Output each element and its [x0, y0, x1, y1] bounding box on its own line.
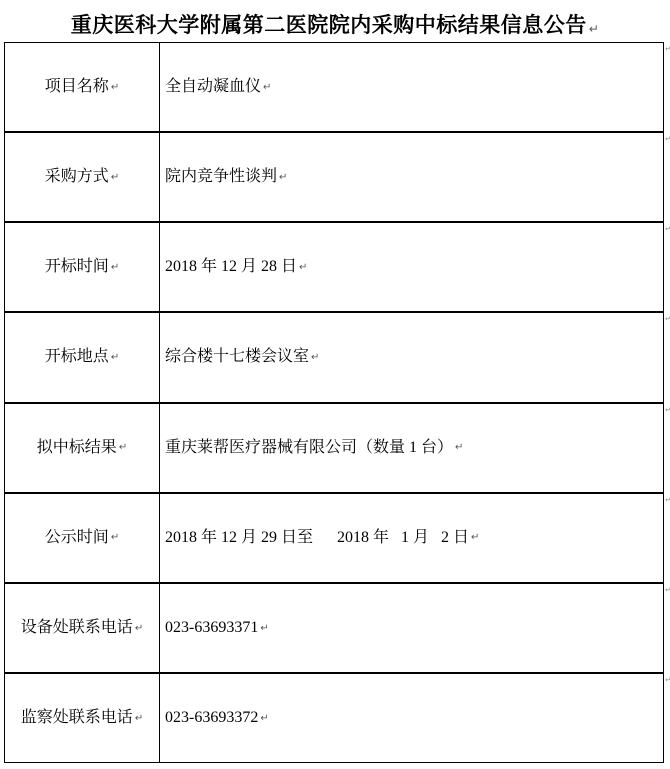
row-value-text: 023-63693371 [165, 618, 258, 638]
row-label-cell: 项目名称↵ [5, 43, 160, 131]
row-label-text: 监察处联系电话 [21, 708, 133, 728]
row-label-cell: 开标地点↵ [5, 313, 160, 401]
paragraph-mark-icon: ↵ [111, 82, 119, 95]
row-label-text: 公示时间 [45, 528, 109, 548]
paragraph-mark-icon: ↵ [135, 623, 143, 636]
row-value-text: 2018 年 12 月 28 日 [165, 257, 297, 277]
paragraph-mark-icon: ↵ [471, 532, 479, 545]
row-end-mark-icon: ↵ [665, 316, 670, 323]
paragraph-mark-icon: ↵ [455, 442, 463, 455]
paragraph-mark-icon: ↵ [111, 532, 119, 545]
page-title-text: 重庆医科大学附属第二医院院内采购中标结果信息公告 [71, 13, 587, 37]
row-value-cell: 重庆莱帮医疗器械有限公司（数量 1 台）↵ [160, 404, 663, 492]
row-end-mark-icon: ↵ [665, 497, 670, 504]
row-end-mark-icon: ↵ [665, 136, 670, 143]
paragraph-mark-icon: ↵ [589, 22, 600, 36]
row-label-text: 设备处联系电话 [21, 618, 133, 638]
row-value-cell: 2018 年 12 月 29 日至 2018 年 1 月 2 日↵ [160, 494, 663, 582]
table-row: 开标时间↵ 2018 年 12 月 28 日↵ ↵ [5, 223, 663, 313]
table-row: 公示时间↵ 2018 年 12 月 29 日至 2018 年 1 月 2 日↵ … [5, 494, 663, 584]
row-value-cell: 2018 年 12 月 28 日↵ [160, 223, 663, 311]
row-end-mark-icon: ↵ [665, 226, 670, 233]
row-end-mark-icon: ↵ [665, 46, 670, 53]
row-value-cell: 院内竞争性谈判↵ [160, 133, 663, 221]
row-label-cell: 采购方式↵ [5, 133, 160, 221]
table-row: 拟中标结果↵ 重庆莱帮医疗器械有限公司（数量 1 台）↵ ↵ [5, 404, 663, 494]
row-value-cell: 全自动凝血仪↵ [160, 43, 663, 131]
row-value-cell: 023-63693372↵ [160, 674, 663, 762]
row-value-text: 全自动凝血仪 [165, 77, 261, 97]
row-end-mark-icon: ↵ [665, 587, 670, 594]
paragraph-mark-icon: ↵ [111, 172, 119, 185]
row-value-text: 023-63693372 [165, 708, 258, 728]
page-title: 重庆医科大学附属第二医院院内采购中标结果信息公告↵ [0, 9, 670, 39]
table-row: 采购方式↵ 院内竞争性谈判↵ ↵ [5, 133, 663, 223]
paragraph-mark-icon: ↵ [260, 713, 268, 726]
procurement-results-table: 项目名称↵ 全自动凝血仪↵ ↵ 采购方式↵ 院内竞争性谈判↵ ↵ 开标时间↵ 2… [4, 42, 664, 763]
row-label-cell: 开标时间↵ [5, 223, 160, 311]
paragraph-mark-icon: ↵ [279, 172, 287, 185]
row-label-cell: 设备处联系电话↵ [5, 584, 160, 672]
row-label-text: 项目名称 [45, 77, 109, 97]
row-label-text: 开标地点 [45, 347, 109, 367]
row-value-cell: 023-63693371↵ [160, 584, 663, 672]
row-label-text: 拟中标结果 [37, 438, 117, 458]
row-value-text: 2018 年 12 月 29 日至 2018 年 1 月 2 日 [165, 528, 469, 548]
row-label-cell: 拟中标结果↵ [5, 404, 160, 492]
row-value-text: 重庆莱帮医疗器械有限公司（数量 1 台） [165, 438, 453, 458]
row-end-mark-icon: ↵ [665, 407, 670, 414]
row-label-cell: 公示时间↵ [5, 494, 160, 582]
paragraph-mark-icon: ↵ [263, 82, 271, 95]
row-label-text: 采购方式 [45, 167, 109, 187]
table-row: 开标地点↵ 综合楼十七楼会议室↵ ↵ [5, 313, 663, 403]
table-row: 设备处联系电话↵ 023-63693371↵ ↵ [5, 584, 663, 674]
row-value-text: 院内竞争性谈判 [165, 167, 277, 187]
row-label-text: 开标时间 [45, 257, 109, 277]
paragraph-mark-icon: ↵ [311, 352, 319, 365]
paragraph-mark-icon: ↵ [299, 262, 307, 275]
paragraph-mark-icon: ↵ [135, 713, 143, 726]
paragraph-mark-icon: ↵ [111, 352, 119, 365]
paragraph-mark-icon: ↵ [111, 262, 119, 275]
row-value-text: 综合楼十七楼会议室 [165, 347, 309, 367]
row-value-cell: 综合楼十七楼会议室↵ [160, 313, 663, 401]
paragraph-mark-icon: ↵ [119, 442, 127, 455]
table-row: 监察处联系电话↵ 023-63693372↵ ↵ [5, 674, 663, 762]
row-label-cell: 监察处联系电话↵ [5, 674, 160, 762]
paragraph-mark-icon: ↵ [260, 623, 268, 636]
table-row: 项目名称↵ 全自动凝血仪↵ ↵ [5, 43, 663, 133]
row-end-mark-icon: ↵ [665, 677, 670, 684]
